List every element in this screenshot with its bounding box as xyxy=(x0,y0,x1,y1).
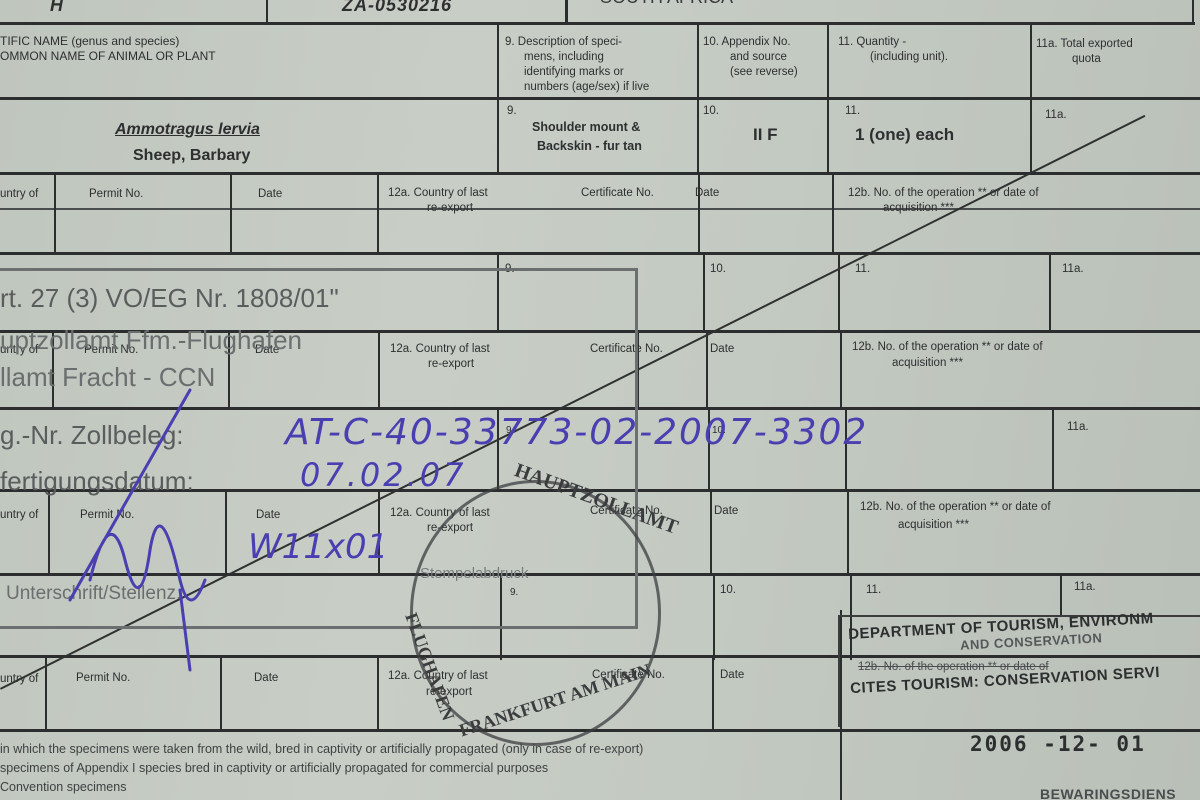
rule xyxy=(832,174,834,254)
label-date-2: Date xyxy=(710,342,734,357)
header-9-l3: identifying marks or xyxy=(524,65,624,80)
rule xyxy=(230,174,232,252)
field-number-10: 10. xyxy=(720,583,736,598)
header-9-l4: numbers (age/sex) if live xyxy=(524,80,649,95)
rule xyxy=(0,97,1200,100)
rule xyxy=(838,254,840,330)
rule xyxy=(703,254,705,330)
field-number-11a: 11a. xyxy=(1067,420,1089,435)
rule xyxy=(0,252,1200,255)
label-date: Date xyxy=(258,187,282,202)
rule xyxy=(0,172,1200,175)
customs-stamp-line2: uptzollamt Ffm.-Flughafen xyxy=(0,325,302,356)
rule xyxy=(827,24,829,174)
rule xyxy=(840,330,842,407)
field-number-10: 10. xyxy=(703,104,719,119)
permit-document: H ZA-0530216 SOUTH AFRICA TIFIC NAME (ge… xyxy=(0,0,1200,800)
rule xyxy=(1192,0,1194,24)
header-10-l1: 10. Appendix No. xyxy=(703,35,791,50)
handwritten-reference: AT-C-40-33773-02-2007-3302 xyxy=(285,412,868,453)
cell-h: H xyxy=(50,0,64,13)
sa-date-stamp: 2006 -12- 01 xyxy=(970,732,1146,756)
field-number-9: 9. xyxy=(507,104,517,119)
header-10-l2: and source xyxy=(730,50,787,65)
rule xyxy=(712,657,714,729)
label-operation: 12b. No. of the operation ** or date of xyxy=(860,500,1051,515)
field-number-10: 10. xyxy=(710,262,726,277)
label-operation: 12b. No. of the operation ** or date of xyxy=(848,186,1039,201)
label-operation: 12b. No. of the operation ** or date of xyxy=(852,340,1043,355)
rule xyxy=(706,330,708,407)
label-date: Date xyxy=(254,671,278,686)
rule xyxy=(497,24,499,174)
header-11-l2: (including unit). xyxy=(870,50,948,65)
rule xyxy=(565,22,1195,25)
rule xyxy=(377,174,379,252)
field-number-11: 11. xyxy=(855,262,870,277)
header-common-name: OMMON NAME OF ANIMAL OR PLANT xyxy=(0,49,216,64)
handwritten-initials: W11x01 xyxy=(248,527,388,567)
label-acquisition: acquisition *** xyxy=(898,518,969,533)
field-number-11a: 11a. xyxy=(1045,108,1067,123)
header-11a-l2: quota xyxy=(1072,52,1101,67)
rule xyxy=(1049,254,1051,330)
label-permit-no: Permit No. xyxy=(89,187,143,202)
label-date-2: Date xyxy=(720,668,744,683)
footnote-3: Convention specimens xyxy=(0,780,126,794)
header-9-l2: mens, including xyxy=(524,50,604,65)
description-line1: Shoulder mount & xyxy=(532,120,640,135)
header-11a-l1: 11a. Total exported xyxy=(1036,37,1133,52)
label-acquisition: acquisition *** xyxy=(892,356,963,371)
handwritten-signature xyxy=(30,380,230,680)
label-country-reexport: 12a. Country of last xyxy=(388,186,488,201)
scientific-name: Ammotragus lervia xyxy=(115,122,260,137)
field-number-11: 11. xyxy=(845,104,860,119)
label-certificate-no: Certificate No. xyxy=(581,186,654,201)
label-date-2: Date xyxy=(714,504,738,519)
rule xyxy=(847,491,849,573)
label-reexport: re-export xyxy=(427,201,473,216)
rule xyxy=(0,208,1200,210)
rule xyxy=(565,0,568,24)
sa-stamp-bottom: BEWARINGSDIENS xyxy=(1040,786,1176,800)
rule xyxy=(1052,409,1054,489)
appendix-source: II F xyxy=(753,127,778,142)
permit-number: ZA-0530216 xyxy=(342,0,452,13)
rule xyxy=(1060,575,1062,615)
customs-stamp-line1: rt. 27 (3) VO/EG Nr. 1808/01" xyxy=(0,283,339,314)
rule xyxy=(1030,24,1032,174)
rule xyxy=(266,0,268,22)
header-9-l1: 9. Description of speci- xyxy=(505,35,622,50)
rule xyxy=(377,657,379,729)
header-10-l3: (see reverse) xyxy=(730,65,798,80)
label-date-2: Date xyxy=(695,186,719,201)
field-number-11: 11. xyxy=(866,583,881,598)
rule xyxy=(0,22,570,25)
header-11-l1: 11. Quantity - xyxy=(838,35,906,50)
description-line2: Backskin - fur tan xyxy=(537,139,642,154)
rule xyxy=(697,24,699,174)
common-name: Sheep, Barbary xyxy=(133,148,250,163)
country-name: SOUTH AFRICA xyxy=(600,0,733,5)
field-number-11a: 11a. xyxy=(1074,580,1096,595)
field-number-11a: 11a. xyxy=(1062,262,1084,277)
quantity: 1 (one) each xyxy=(855,127,954,142)
rule xyxy=(710,491,712,573)
rule xyxy=(54,174,56,252)
handwritten-date: 07.02.07 xyxy=(300,456,467,494)
header-scientific-name: TIFIC NAME (genus and species) xyxy=(0,34,179,49)
label-country-origin: untry of xyxy=(0,187,38,202)
label-acquisition: acquisition *** xyxy=(883,201,954,216)
rule xyxy=(713,575,715,660)
footnote-2: specimens of Appendix I species bred in … xyxy=(0,761,548,775)
